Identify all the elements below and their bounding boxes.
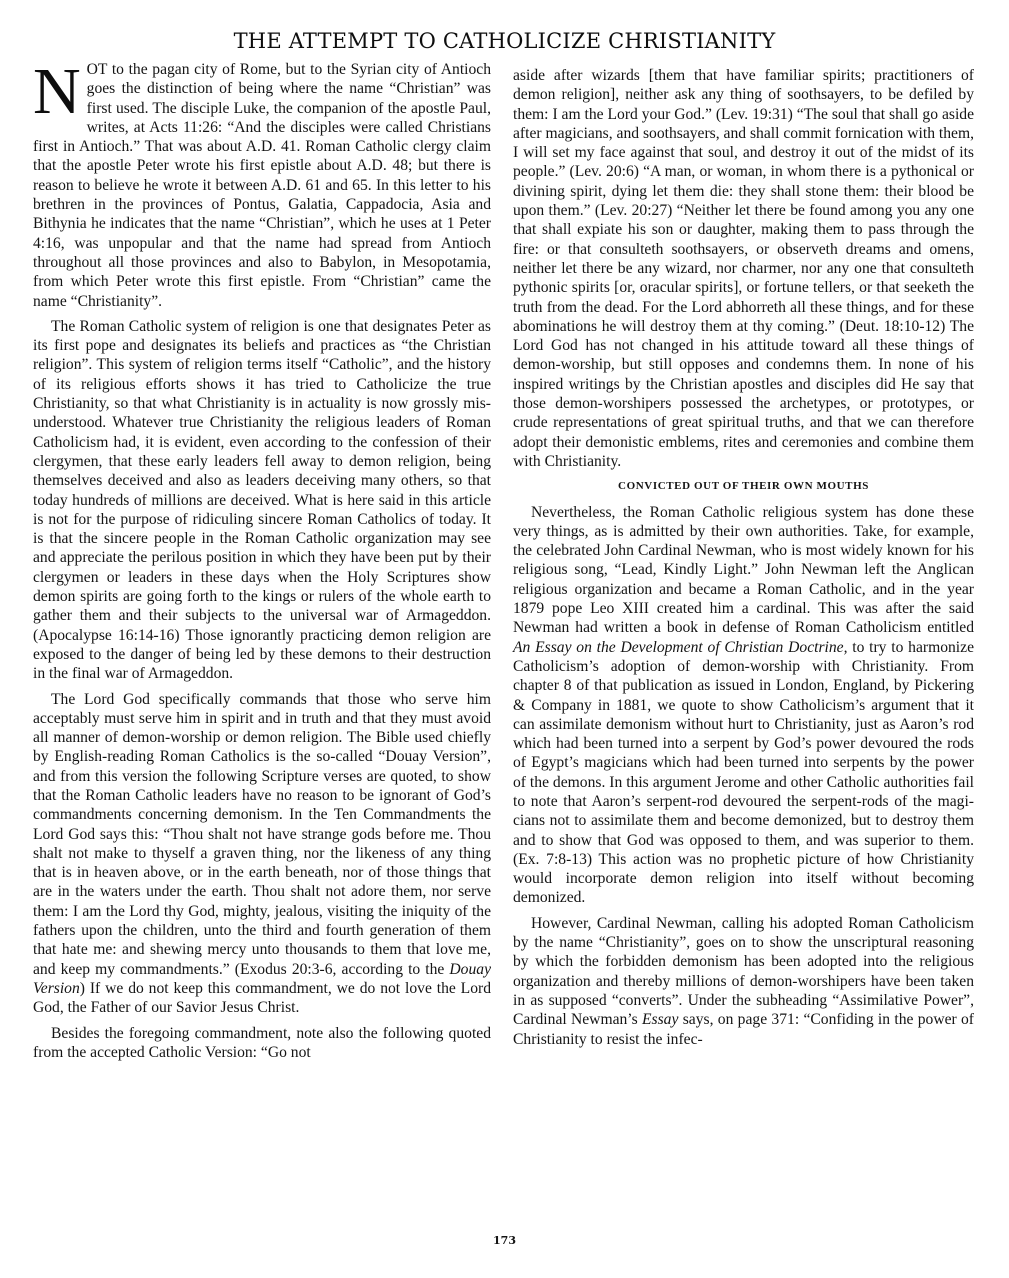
right-column: aside after wizards [them that have fami… (513, 66, 974, 1055)
italic-book-title: An Essay on the Development of Christian… (513, 639, 847, 656)
page-number: 173 (0, 1234, 1009, 1247)
paragraph-text: Nevertheless, the Roman Catholic religio… (513, 504, 974, 637)
paragraph-text: ) If we do not keep this commandment, we… (33, 980, 491, 1016)
drop-cap: N (33, 65, 81, 119)
paragraph-roman-catholic-system: The Roman Catholic system of religion is… (33, 317, 491, 684)
paragraph-lord-god-commands: The Lord God specifically commands that … (33, 690, 491, 1018)
article-title: THE ATTEMPT TO CATHOLICIZE CHRISTIANITY (0, 29, 1009, 53)
paragraph-text: to try to harmonize Catholicism’s adopti… (513, 639, 974, 907)
paragraph-intro-text: OT to the pagan city of Rome, but to the… (33, 61, 491, 310)
paragraph-nevertheless: Nevertheless, the Roman Catholic religio… (513, 503, 974, 908)
paragraph-however: However, Cardinal Newman, calling his ad… (513, 914, 974, 1049)
left-column: NOT to the pagan city of Rome, but to th… (33, 60, 491, 1068)
paragraph-besides-foregoing: Besides the foregoing commandment, note … (33, 1024, 491, 1063)
paragraph-scripture-quotes: aside after wizards [them that have fami… (513, 66, 974, 471)
magazine-page: THE ATTEMPT TO CATHOLICIZE CHRISTIANITY … (0, 0, 1009, 1278)
paragraph-text: The Lord God specifically commands that … (33, 691, 491, 978)
paragraph-intro: NOT to the pagan city of Rome, but to th… (33, 60, 491, 311)
section-subheading: CONVICTED OUT OF THEIR OWN MOUTHS (513, 477, 974, 496)
italic-essay: Essay (642, 1011, 678, 1028)
